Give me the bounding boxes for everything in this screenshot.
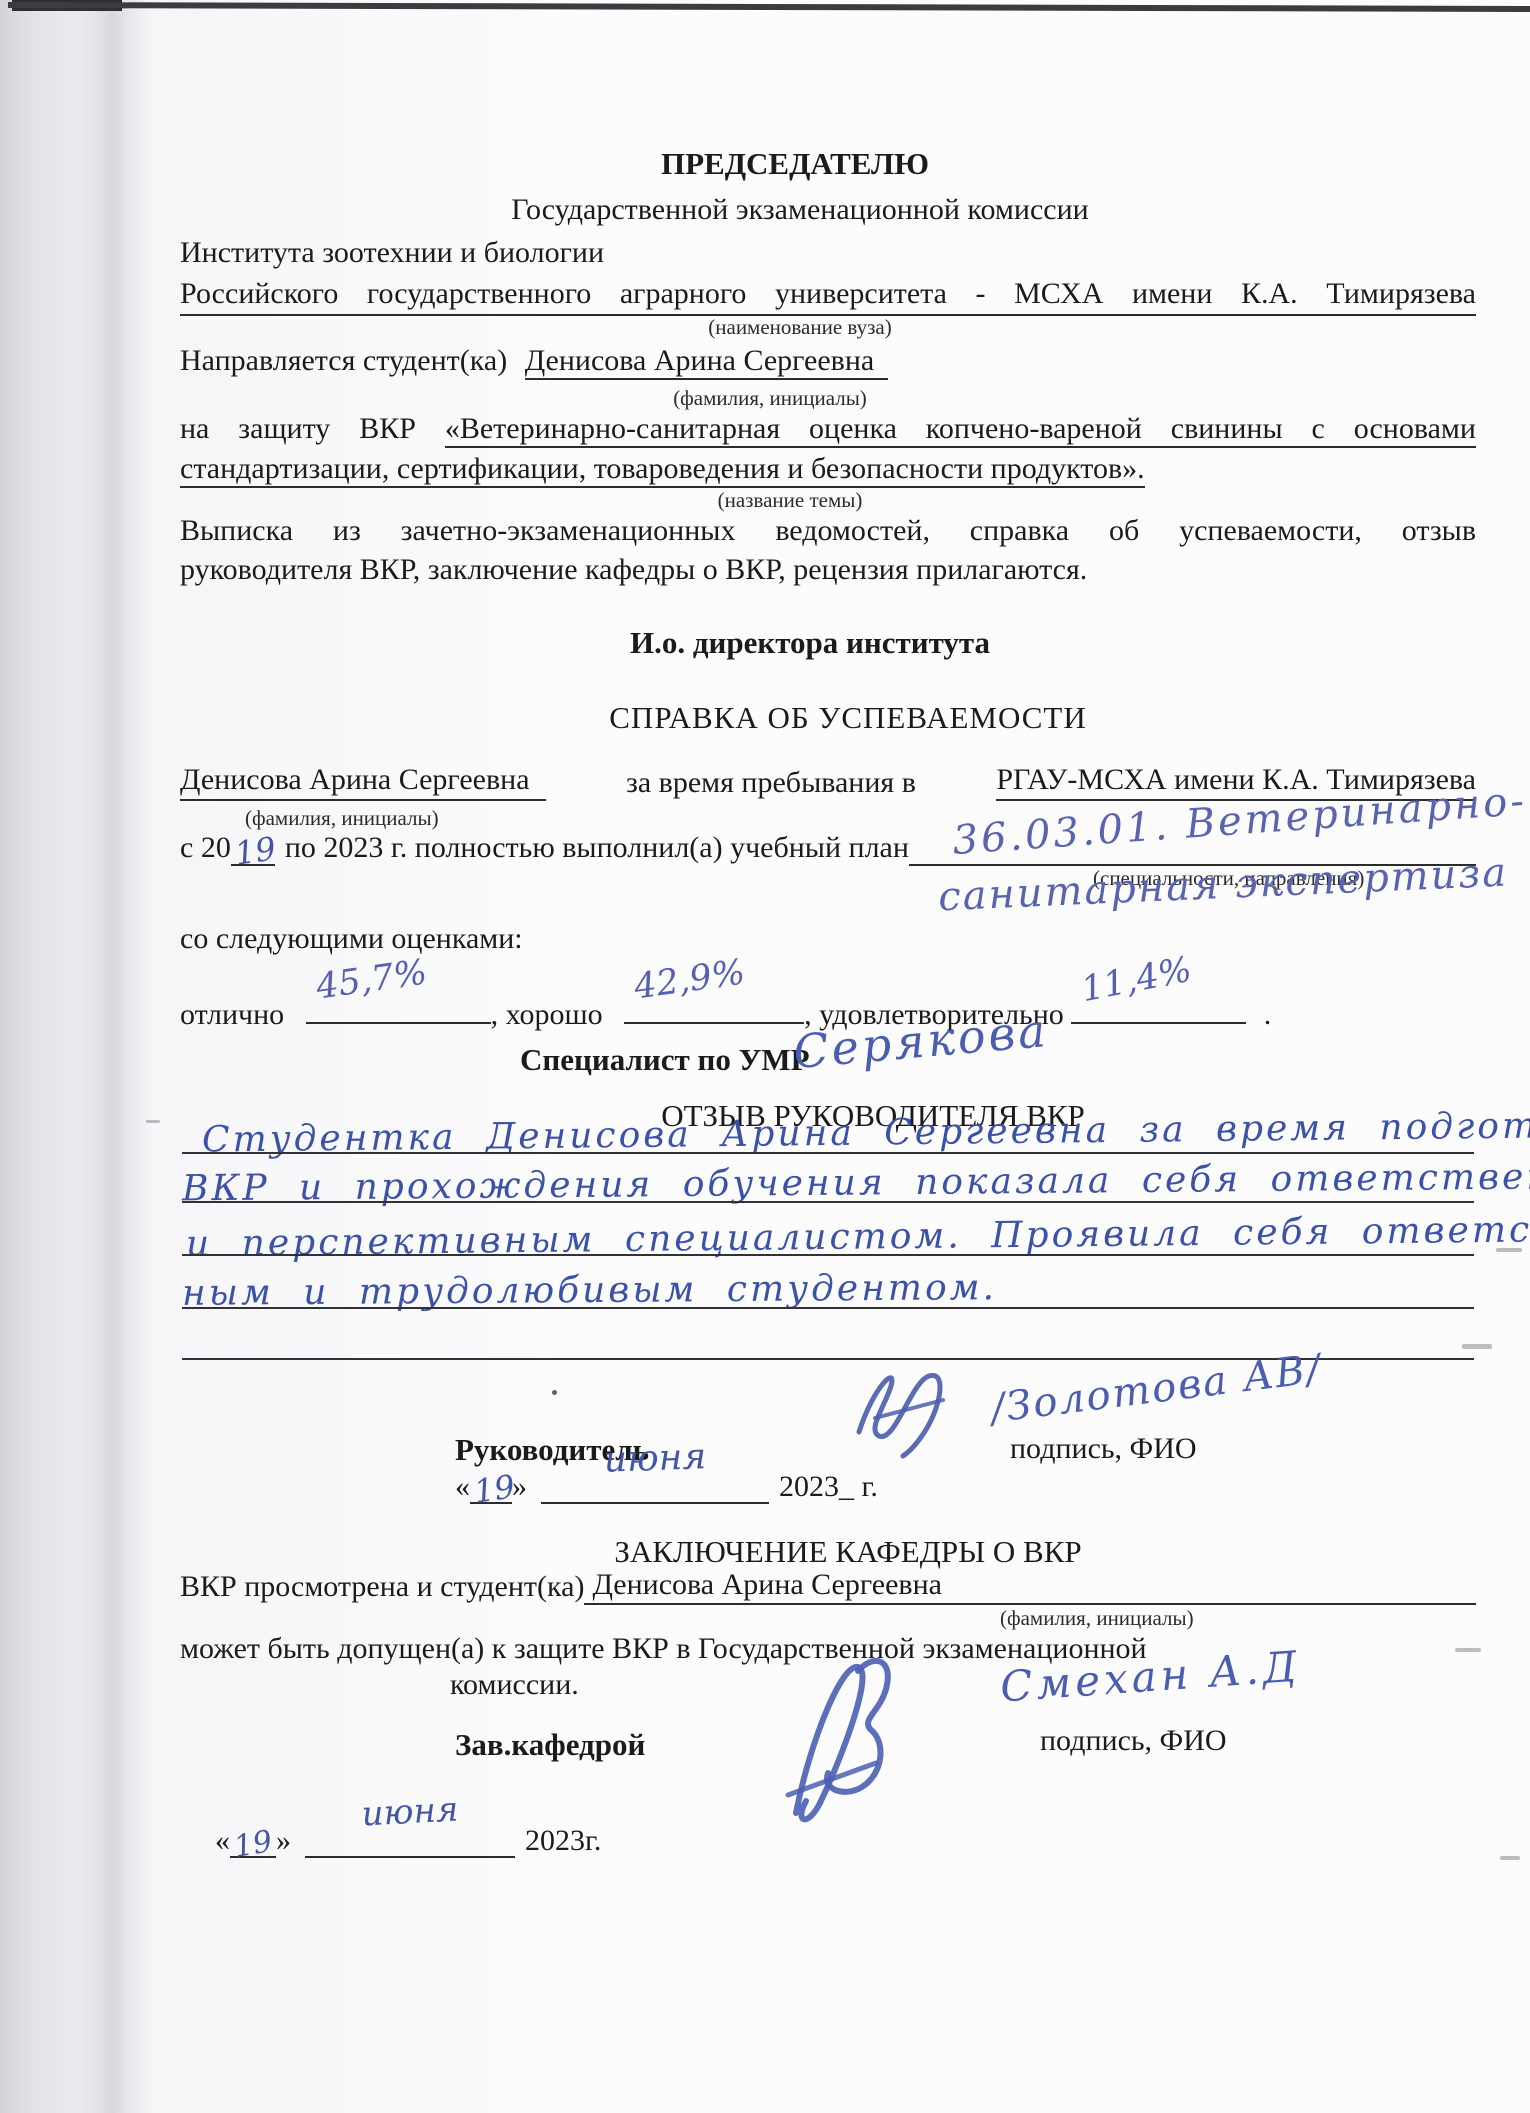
page-title: ПРЕДСЕДАТЕЛЮ bbox=[147, 146, 1443, 182]
zakl-student-name: Денисова Арина Сергеевна bbox=[592, 1568, 942, 1601]
spravka-name-caption: (фамилия, инициалы) bbox=[245, 806, 439, 831]
zakl-reviewed-line: ВКР просмотрена и студент(ка) Денисова А… bbox=[180, 1568, 1476, 1605]
vkr-title-line-1: на защиту ВКР «Ветеринарно-санитарная оц… bbox=[180, 412, 1476, 447]
department-head-signature-scribble bbox=[758, 1645, 923, 1835]
spravka-title: СПРАВКА ОБ УСПЕВАЕМОСТИ bbox=[200, 700, 1496, 736]
attachments-line-1: Выписка из зачетно-экзаменационных ведом… bbox=[180, 514, 1476, 549]
grade-good-value-handwritten: 42,9% bbox=[632, 952, 748, 1008]
grades-intro: со следующими оценками: bbox=[180, 922, 1476, 957]
ruled-line bbox=[182, 1152, 1474, 1154]
zakl-title: ЗАКЛЮЧЕНИЕ КАФЕДРЫ О ВКР bbox=[200, 1534, 1496, 1570]
date-day-handwritten: 19 bbox=[472, 1467, 518, 1510]
university-line: Российского государственного аграрного у… bbox=[180, 277, 1476, 316]
ruled-line bbox=[182, 1254, 1474, 1256]
vkr-prefix: на защиту ВКР bbox=[180, 412, 416, 445]
attachments-line-2: руководителя ВКР, заключение кафедры о В… bbox=[180, 553, 1476, 588]
date-month-blank: июня bbox=[541, 1468, 769, 1504]
date-day-blank: 19 bbox=[230, 1822, 276, 1858]
signature-caption-1: подпись, ФИО bbox=[1010, 1432, 1410, 1467]
vkr-title-line-2: стандартизации, сертификации, товароведе… bbox=[180, 452, 1476, 487]
period-prefix: с 20 bbox=[180, 831, 231, 866]
grade-excellent-blank: 45,7% bbox=[306, 988, 491, 1024]
vkr-title-part-2: стандартизации, сертификации, товароведе… bbox=[180, 452, 1145, 488]
ruled-line bbox=[182, 1307, 1474, 1309]
supervisor-date-line: « 19 » июня 2023_ г. bbox=[455, 1468, 878, 1504]
date-day-handwritten: 19 bbox=[231, 1824, 275, 1865]
zakl-reviewed-prefix: ВКР просмотрена и студент(ка) bbox=[180, 1570, 584, 1605]
vkr-title-part-1: «Ветеринарно-санитарная оценка копчено-в… bbox=[445, 412, 1476, 448]
university-caption: (наименование вуза) bbox=[600, 315, 1000, 340]
scan-dash-artifact bbox=[146, 1120, 160, 1123]
signature-caption-2: подпись, ФИО bbox=[1040, 1724, 1440, 1759]
grades-tail: . bbox=[1264, 998, 1272, 1031]
student-prefix: Направляется студент(ка) bbox=[180, 344, 507, 377]
acting-director-line: И.о. директора института bbox=[162, 625, 1458, 661]
date-month-blank: июня bbox=[305, 1822, 515, 1858]
supervisor-signature-scribble bbox=[845, 1360, 990, 1460]
grade-good-label: , хорошо bbox=[491, 998, 603, 1031]
zakl-date-line: « 19 » июня 2023г. bbox=[215, 1822, 601, 1858]
grade-excellent-value-handwritten: 45,7% bbox=[313, 952, 429, 1008]
scan-edge-shadow bbox=[0, 0, 152, 2113]
commission-subtitle: Государственной экзаменационной комиссии bbox=[152, 193, 1448, 228]
period-year-blank: 19 bbox=[231, 830, 275, 866]
date-year-text: 2023_ г. bbox=[779, 1470, 878, 1504]
student-name-caption: (фамилия, инициалы) bbox=[570, 386, 970, 411]
grade-excellent-label: отлично bbox=[180, 998, 284, 1031]
ruled-line bbox=[182, 1201, 1474, 1203]
date-year-text: 2023г. bbox=[525, 1824, 601, 1858]
otzyv-handwritten-line-3: и перспективным специалистом. Проявила с… bbox=[186, 1208, 1530, 1264]
scan-top-line bbox=[8, 2, 1530, 12]
institute-line: Института зоотехнии и биологии bbox=[180, 236, 1476, 271]
zakl-name-caption: (фамилия, инициалы) bbox=[1000, 1606, 1194, 1631]
quote-open: « bbox=[455, 1470, 470, 1504]
quote-close: » bbox=[276, 1824, 291, 1858]
scan-dash-artifact bbox=[1500, 1856, 1520, 1860]
student-name: Денисова Арина Сергеевна bbox=[525, 344, 889, 380]
quote-open: « bbox=[215, 1824, 230, 1858]
stray-ink-dot bbox=[552, 1390, 557, 1395]
vkr-title-caption: (название темы) bbox=[590, 488, 990, 513]
spravka-student-name: Денисова Арина Сергеевна bbox=[180, 763, 546, 801]
period-year-handwritten: 19 bbox=[232, 830, 277, 872]
grade-satisfactory-value-handwritten: 11,4% bbox=[1078, 950, 1195, 1011]
date-month-handwritten: июня bbox=[361, 1789, 460, 1834]
student-line: Направляется студент(ка) Денисова Арина … bbox=[180, 344, 1476, 379]
zakl-name-blank: Денисова Арина Сергеевна bbox=[584, 1568, 1476, 1605]
period-rest: по 2023 г. полностью выполнил(а) учебный… bbox=[285, 831, 909, 866]
grade-good-blank: 42,9% bbox=[624, 988, 804, 1024]
spravka-stay-text: за время пребывания в bbox=[626, 766, 916, 801]
grade-satisfactory-blank: 11,4% bbox=[1071, 988, 1246, 1024]
date-month-handwritten: июня bbox=[603, 1436, 707, 1481]
date-day-blank: 19 bbox=[470, 1468, 512, 1504]
scanned-document-page: ПРЕДСЕДАТЕЛЮ Государственной экзаменацио… bbox=[0, 0, 1530, 2113]
scan-dash-artifact bbox=[1462, 1344, 1492, 1349]
